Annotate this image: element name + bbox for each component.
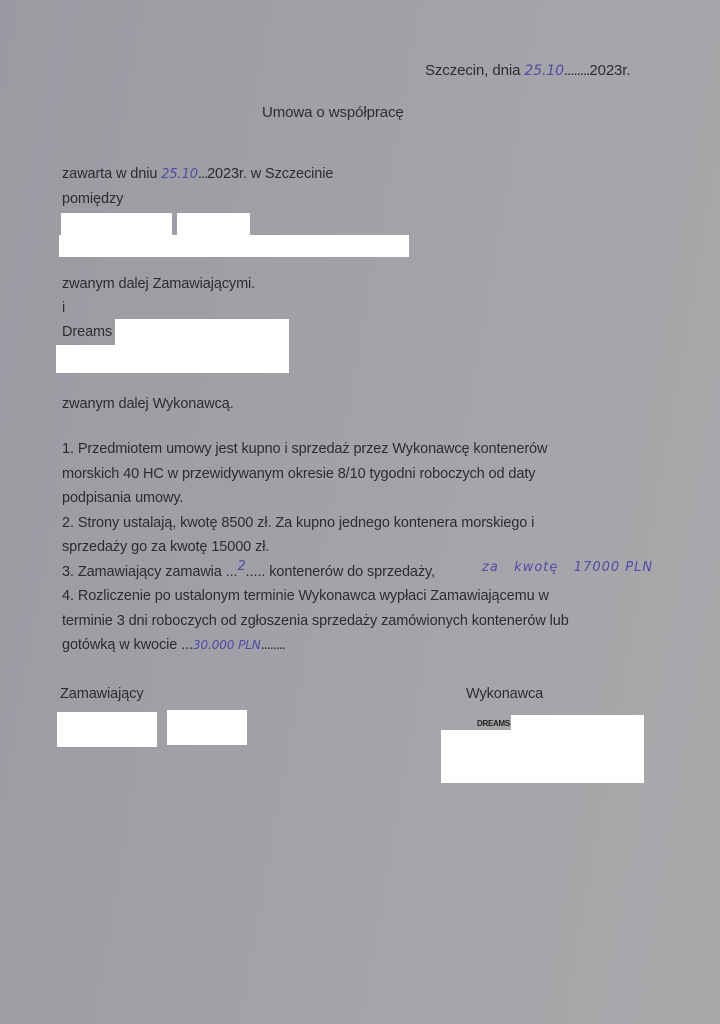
document-title: Umowa o współpracę: [262, 104, 404, 121]
contractor-signature-label: Wykonawca: [466, 686, 543, 702]
contractor-called: zwanym dalej Wykonawcą.: [62, 396, 234, 412]
clause-3-middle: ..... kontenerów do sprzedaży,: [246, 564, 435, 580]
redaction-box: [167, 710, 247, 745]
handwritten-quantity: 2: [238, 559, 246, 574]
contract-page: Szczecin, dnia 25.10........2023r. Umowa…: [0, 0, 720, 1024]
clause-4-line-3: gotówką w kwocie ...30.000 PLN........: [62, 637, 285, 653]
redaction-box: [56, 345, 289, 373]
handwritten-price-note: za kwotę 17000 PLN: [482, 560, 653, 575]
clause-4-prefix: gotówką w kwocie ...: [62, 637, 193, 653]
place-date-line: Szczecin, dnia 25.10........2023r.: [425, 62, 630, 79]
clause-1-line-3: podpisania umowy.: [62, 490, 183, 506]
handwritten-amount: 30.000 PLN: [193, 638, 261, 652]
and-conjunction: i: [62, 300, 65, 316]
clause-2-line-1: 2. Strony ustalają, kwotę 8500 zł. Za ku…: [62, 515, 534, 531]
clause-4-line-1: 4. Rozliczenie po ustalonym terminie Wyk…: [62, 588, 549, 604]
place-date-prefix: Szczecin, dnia: [425, 62, 524, 79]
clause-3-prefix: 3. Zamawiający zamawia ...: [62, 564, 238, 580]
handwritten-concluded-date: 25.10: [161, 167, 198, 182]
clause-2-line-2: sprzedaży go za kwotę 15000 zł.: [62, 539, 269, 555]
contractor-stamp-text: DREAMS: [477, 719, 510, 728]
concluded-line: zawarta w dniu 25.10...2023r. w Szczecin…: [62, 166, 333, 182]
clause-3: 3. Zamawiający zamawia ...2..... kontene…: [62, 564, 435, 580]
concluded-suffix: 2023r. w Szczecinie: [207, 166, 333, 182]
redaction-box: [61, 213, 172, 235]
clause-1-line-1: 1. Przedmiotem umowy jest kupno i sprzed…: [62, 441, 547, 457]
redaction-box: [441, 730, 644, 783]
ordering-party-signature-label: Zamawiający: [60, 686, 144, 702]
between-label: pomiędzy: [62, 191, 123, 207]
date-year: 2023r.: [589, 62, 630, 79]
ordering-party-called: zwanym dalej Zamawiającymi.: [62, 276, 255, 292]
redaction-box: [59, 235, 409, 257]
redaction-box: [57, 712, 157, 747]
concluded-prefix: zawarta w dniu: [62, 166, 161, 182]
clause-4-line-2: terminie 3 dni roboczych od zgłoszenia s…: [62, 613, 569, 629]
clause-1-line-2: morskich 40 HC w przewidywanym okresie 8…: [62, 466, 535, 482]
redaction-box: [511, 715, 644, 730]
concluded-dots: ...: [198, 166, 207, 182]
date-dots: ........: [564, 62, 589, 79]
clause-4-dots: ........: [261, 637, 285, 653]
contractor-name: Dreams: [62, 324, 112, 340]
handwritten-date: 25.10: [524, 63, 564, 79]
redaction-box: [115, 319, 289, 345]
redaction-box: [177, 213, 250, 235]
